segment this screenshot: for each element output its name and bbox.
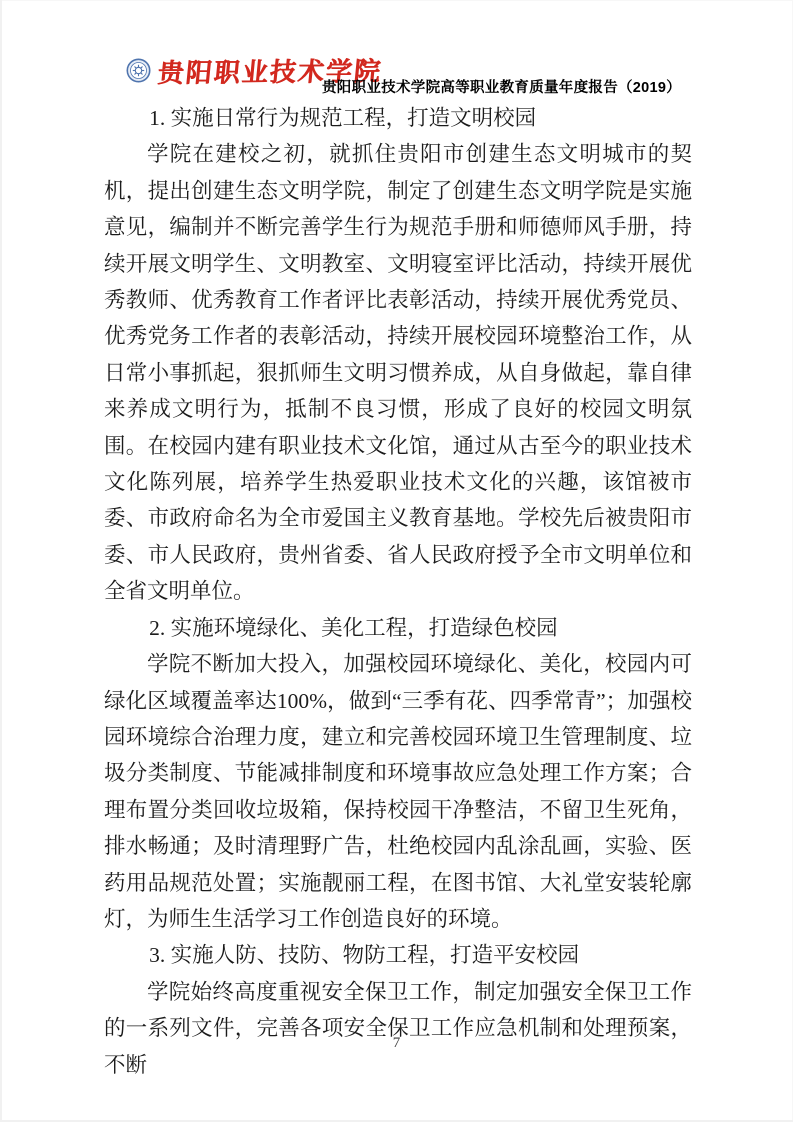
report-title: 贵阳职业技术学院高等职业教育质量年度报告（2019） (322, 76, 662, 97)
document-body: 1. 实施日常行为规范工程，打造文明校园 学院在建校之初，就抓住贵阳市创建生态文… (104, 100, 692, 1083)
section-1: 1. 实施日常行为规范工程，打造文明校园 学院在建校之初，就抓住贵阳市创建生态文… (104, 100, 692, 610)
college-seal-icon (126, 58, 151, 83)
section-1-paragraph: 学院在建校之初，就抓住贵阳市创建生态文明城市的契机，提出创建生态文明学院，制定了… (104, 136, 692, 609)
page-number: 7 (0, 1035, 793, 1052)
section-3: 3. 实施人防、技防、物防工程，打造平安校园 学院始终高度重视安全保卫工作，制定… (104, 937, 692, 1083)
section-1-heading: 1. 实施日常行为规范工程，打造文明校园 (104, 100, 692, 136)
section-2-paragraph: 学院不断加大投入，加强校园环境绿化、美化，校园内可绿化区域覆盖率达100%，做到… (104, 646, 692, 937)
section-2-heading: 2. 实施环境绿化、美化工程，打造绿色校园 (104, 610, 692, 646)
document-page: 贵阳职业技术学院 贵阳职业技术学院高等职业教育质量年度报告（2019） 1. 实… (0, 0, 793, 1122)
section-3-paragraph: 学院始终高度重视安全保卫工作，制定加强安全保卫工作的一系列文件，完善各项安全保卫… (104, 974, 692, 1083)
section-2: 2. 实施环境绿化、美化工程，打造绿色校园 学院不断加大投入，加强校园环境绿化、… (104, 610, 692, 938)
section-3-heading: 3. 实施人防、技防、物防工程，打造平安校园 (104, 937, 692, 973)
